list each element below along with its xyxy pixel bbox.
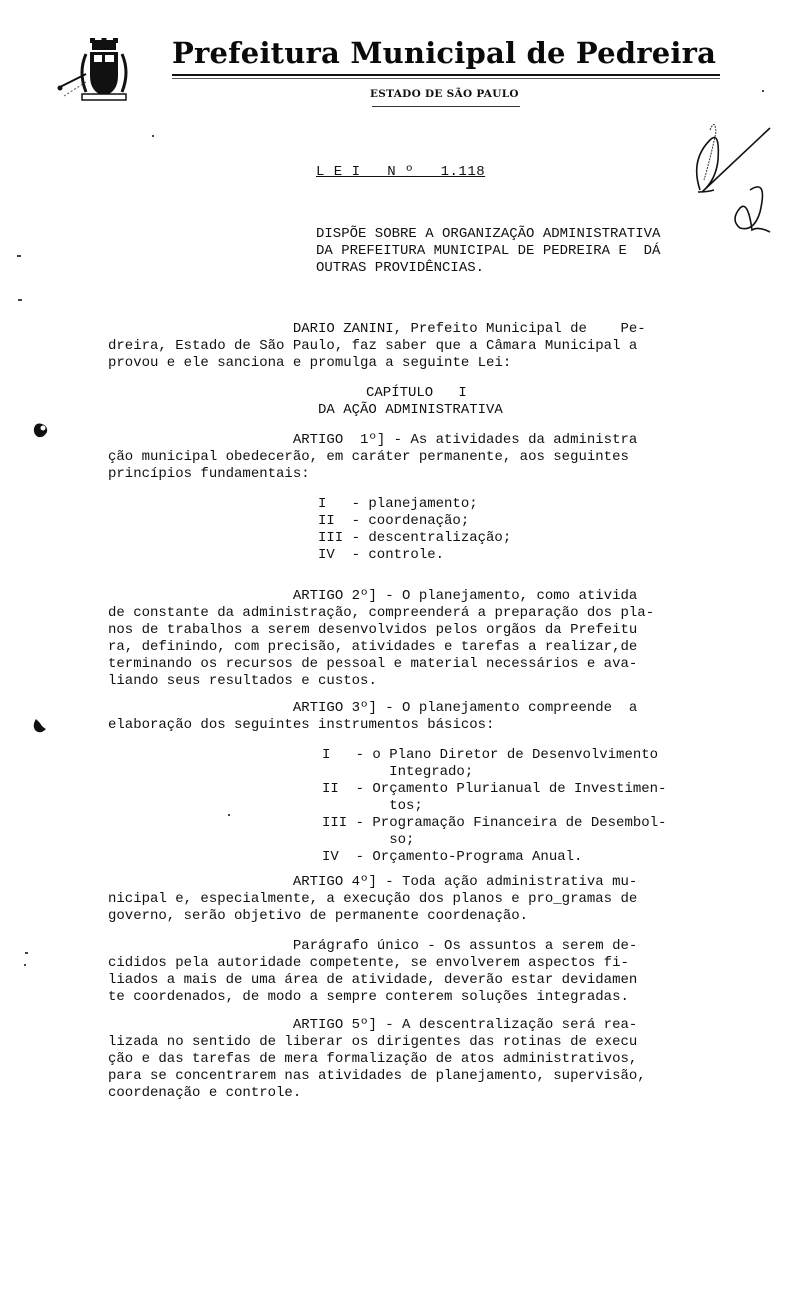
document-page: Prefeitura Municipal de Pedreira ESTADO …: [0, 0, 800, 1302]
article-1-line-3: princípios fundamentais:: [108, 466, 310, 483]
article-5-line-4: para se concentrarem nas atividades de p…: [108, 1068, 646, 1085]
article-3-item-1: I - o Plano Diretor de Desenvolvimento: [322, 747, 658, 764]
article-4-line-1: ARTIGO 4º] - Toda ação administrativa mu…: [108, 874, 637, 891]
article-5-line-1: ARTIGO 5º] - A descentralização será rea…: [108, 1017, 637, 1034]
ementa-line-3: OUTRAS PROVIDÊNCIAS.: [316, 260, 484, 277]
title-divider: [172, 74, 720, 76]
ementa-line-2: DA PREFEITURA MUNICIPAL DE PEDREIRA E DÁ: [316, 243, 660, 260]
article-3-item-3-cont: so;: [322, 832, 414, 849]
article-4-line-3: governo, serão objetivo de permanente co…: [108, 908, 528, 925]
article-3-item-4: IV - Orçamento-Programa Anual.: [322, 849, 582, 866]
article-3-item-2: II - Orçamento Plurianual de Investimen-: [322, 781, 666, 798]
article-1-line-1: ARTIGO 1º] - As atividades da administra: [108, 432, 637, 449]
article-1-item-4: IV - controle.: [318, 547, 444, 564]
municipal-coat-of-arms-icon: [56, 38, 156, 104]
article-3-item-3: III - Programação Financeira de Desembol…: [322, 815, 666, 832]
organization-subtitle: ESTADO DE SÃO PAULO: [370, 88, 519, 100]
article-4-paragraph-line-3: liados a mais de uma área de atividade, …: [108, 972, 637, 989]
article-4-paragraph-line-1: Parágrafo único - Os assuntos a serem de…: [108, 938, 637, 955]
article-3-item-1-cont: Integrado;: [322, 764, 473, 781]
article-2-line-4: ra, definindo, com precisão, atividades …: [108, 639, 637, 656]
article-1-item-2: II - coordenação;: [318, 513, 469, 530]
scan-speck: [228, 814, 230, 816]
article-2-line-3: nos de trabalhos a serem desenvolvidos p…: [108, 622, 637, 639]
ementa-line-1: DISPÕE SOBRE A ORGANIZAÇÃO ADMINISTRATIV…: [316, 226, 660, 243]
article-4-paragraph-line-2: cididos pela autoridade competente, se e…: [108, 955, 629, 972]
article-5-line-2: lizada no sentido de liberar os dirigent…: [108, 1034, 637, 1051]
article-5-line-3: ção e das tarefas de mera formalização d…: [108, 1051, 637, 1068]
article-2-line-6: liando seus resultados e custos.: [108, 673, 377, 690]
preamble-line-3: provou e ele sanciona e promulga a segui…: [108, 355, 511, 372]
title-divider-thin: [172, 78, 720, 79]
article-2-line-5: terminando os recursos de pessoal e mate…: [108, 656, 637, 673]
handwritten-initials-icon: [680, 120, 790, 250]
organization-title: Prefeitura Municipal de Pedreira: [172, 36, 716, 70]
scan-speck: [17, 255, 21, 257]
scan-speck: [762, 90, 764, 92]
scan-speck: [18, 299, 22, 301]
article-3-line-2: elaboração dos seguintes instrumentos bá…: [108, 717, 494, 734]
article-1-item-3: III - descentralização;: [318, 530, 511, 547]
preamble-line-2: dreira, Estado de São Paulo, faz saber q…: [108, 338, 637, 355]
punch-hole-mark-icon: [30, 420, 52, 442]
scan-speck: [25, 952, 28, 954]
article-3-line-1: ARTIGO 3º] - O planejamento compreende a: [108, 700, 637, 717]
chapter-label: CAPÍTULO I: [366, 385, 467, 402]
scan-speck: [24, 964, 26, 966]
subtitle-divider: [372, 106, 520, 107]
article-3-item-2-cont: tos;: [322, 798, 423, 815]
law-number: L E I N º 1.118: [316, 164, 485, 181]
scan-speck: [152, 135, 154, 137]
article-5-line-5: coordenação e controle.: [108, 1085, 301, 1102]
preamble-line-1: DARIO ZANINI, Prefeito Municipal de Pe-: [108, 321, 646, 338]
article-1-line-2: ção municipal obedecerão, em caráter per…: [108, 449, 629, 466]
article-2-line-1: ARTIGO 2º] - O planejamento, como ativid…: [108, 588, 637, 605]
article-2-line-2: de constante da administração, compreend…: [108, 605, 654, 622]
article-1-item-1: I - planejamento;: [318, 496, 478, 513]
chapter-title: DA AÇÃO ADMINISTRATIVA: [318, 402, 503, 419]
punch-hole-mark-icon: [30, 715, 52, 737]
article-4-line-2: nicipal e, especialmente, a execução dos…: [108, 891, 637, 908]
article-4-paragraph-line-4: te coordenados, de modo a sempre contere…: [108, 989, 629, 1006]
